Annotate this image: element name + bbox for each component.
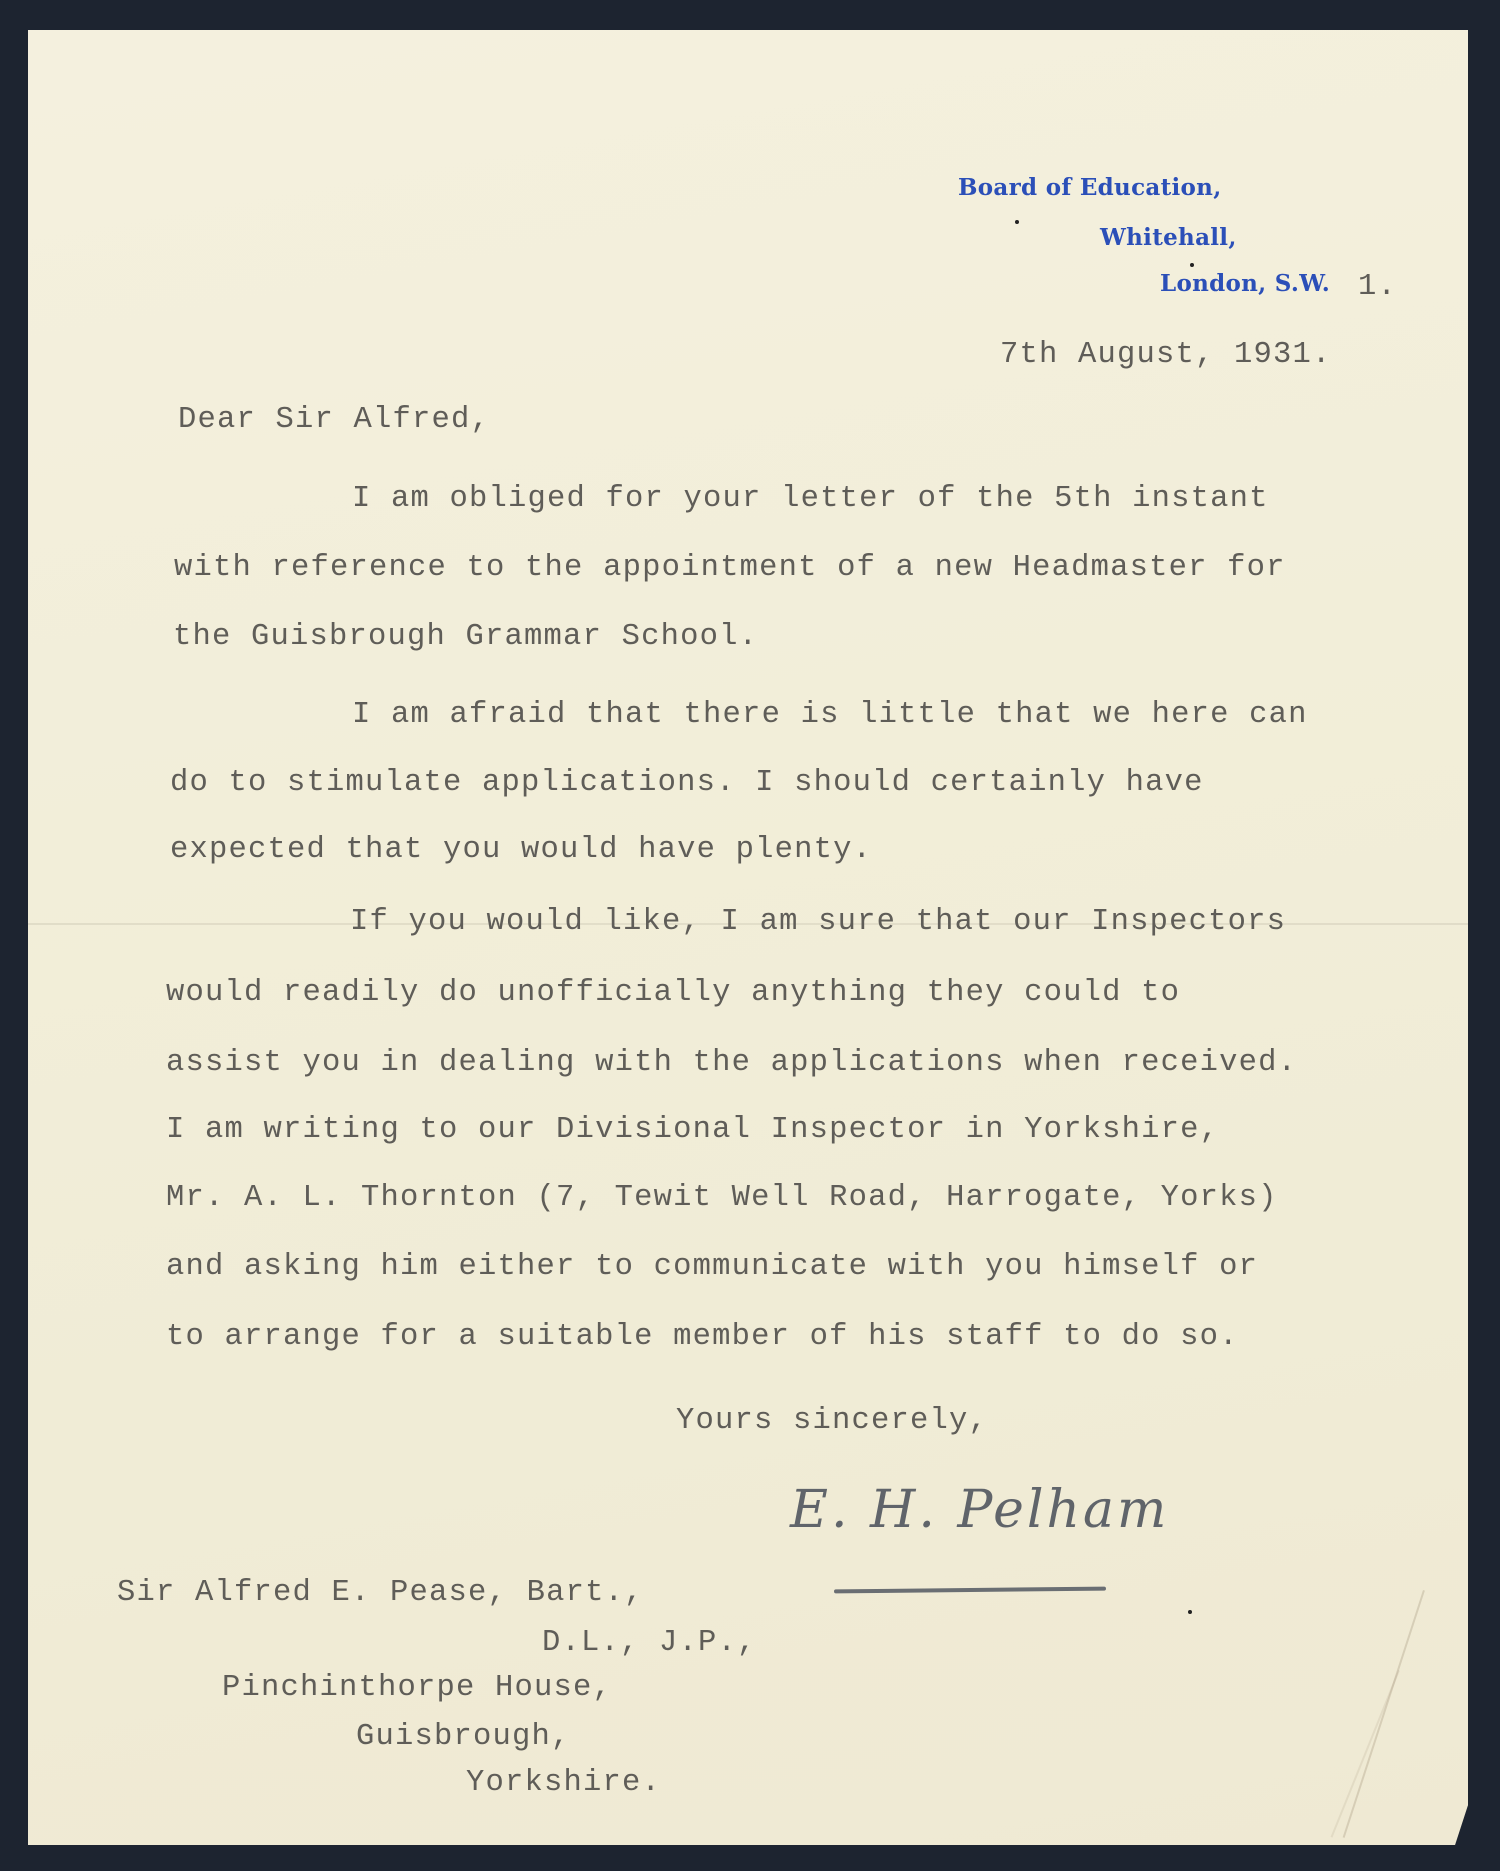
letterhead-line-2: Whitehall, [1100, 224, 1237, 251]
body-line: If you would like, I am sure that our In… [350, 907, 1286, 938]
letter-date: 7th August, 1931. [1000, 340, 1332, 371]
recipient-line-3: Pinchinthorpe House, [222, 1673, 612, 1704]
salutation: Dear Sir Alfred, [178, 405, 490, 436]
recipient-line-2: D.L., J.P., [542, 1628, 757, 1659]
recipient-line-5: Yorkshire. [466, 1768, 661, 1799]
body-line: I am obliged for your letter of the 5th … [352, 484, 1269, 515]
postal-district: 1. [1358, 272, 1397, 303]
body-line: the Guisbrough Grammar School. [173, 622, 758, 653]
punch-mark [1190, 263, 1194, 267]
punch-mark [1188, 1610, 1192, 1614]
body-line: would readily do unofficially anything t… [166, 978, 1180, 1009]
body-line: to arrange for a suitable member of his … [166, 1322, 1239, 1353]
body-line: assist you in dealing with the applicati… [166, 1048, 1297, 1079]
handwritten-signature: E. H. Pelham [790, 1480, 1169, 1540]
paper-crease [1343, 1590, 1425, 1838]
body-line: expected that you would have plenty. [170, 835, 872, 866]
body-line: I am writing to our Divisional Inspector… [166, 1115, 1219, 1146]
paper-crease [1331, 1670, 1400, 1838]
letterhead-line-3: London, S.W. [1160, 270, 1330, 297]
body-line: and asking him either to communicate wit… [166, 1252, 1258, 1283]
closing: Yours sincerely, [676, 1406, 988, 1437]
recipient-line-1: Sir Alfred E. Pease, Bart., [117, 1578, 644, 1609]
body-line: I am afraid that there is little that we… [352, 700, 1308, 731]
body-line: Mr. A. L. Thornton (7, Tewit Well Road, … [166, 1183, 1278, 1214]
punch-mark [1015, 220, 1019, 224]
recipient-line-4: Guisbrough, [356, 1722, 571, 1753]
body-line: with reference to the appointment of a n… [174, 553, 1286, 584]
body-line: do to stimulate applications. I should c… [170, 768, 1204, 799]
letterhead-line-1: Board of Education, [958, 174, 1222, 201]
